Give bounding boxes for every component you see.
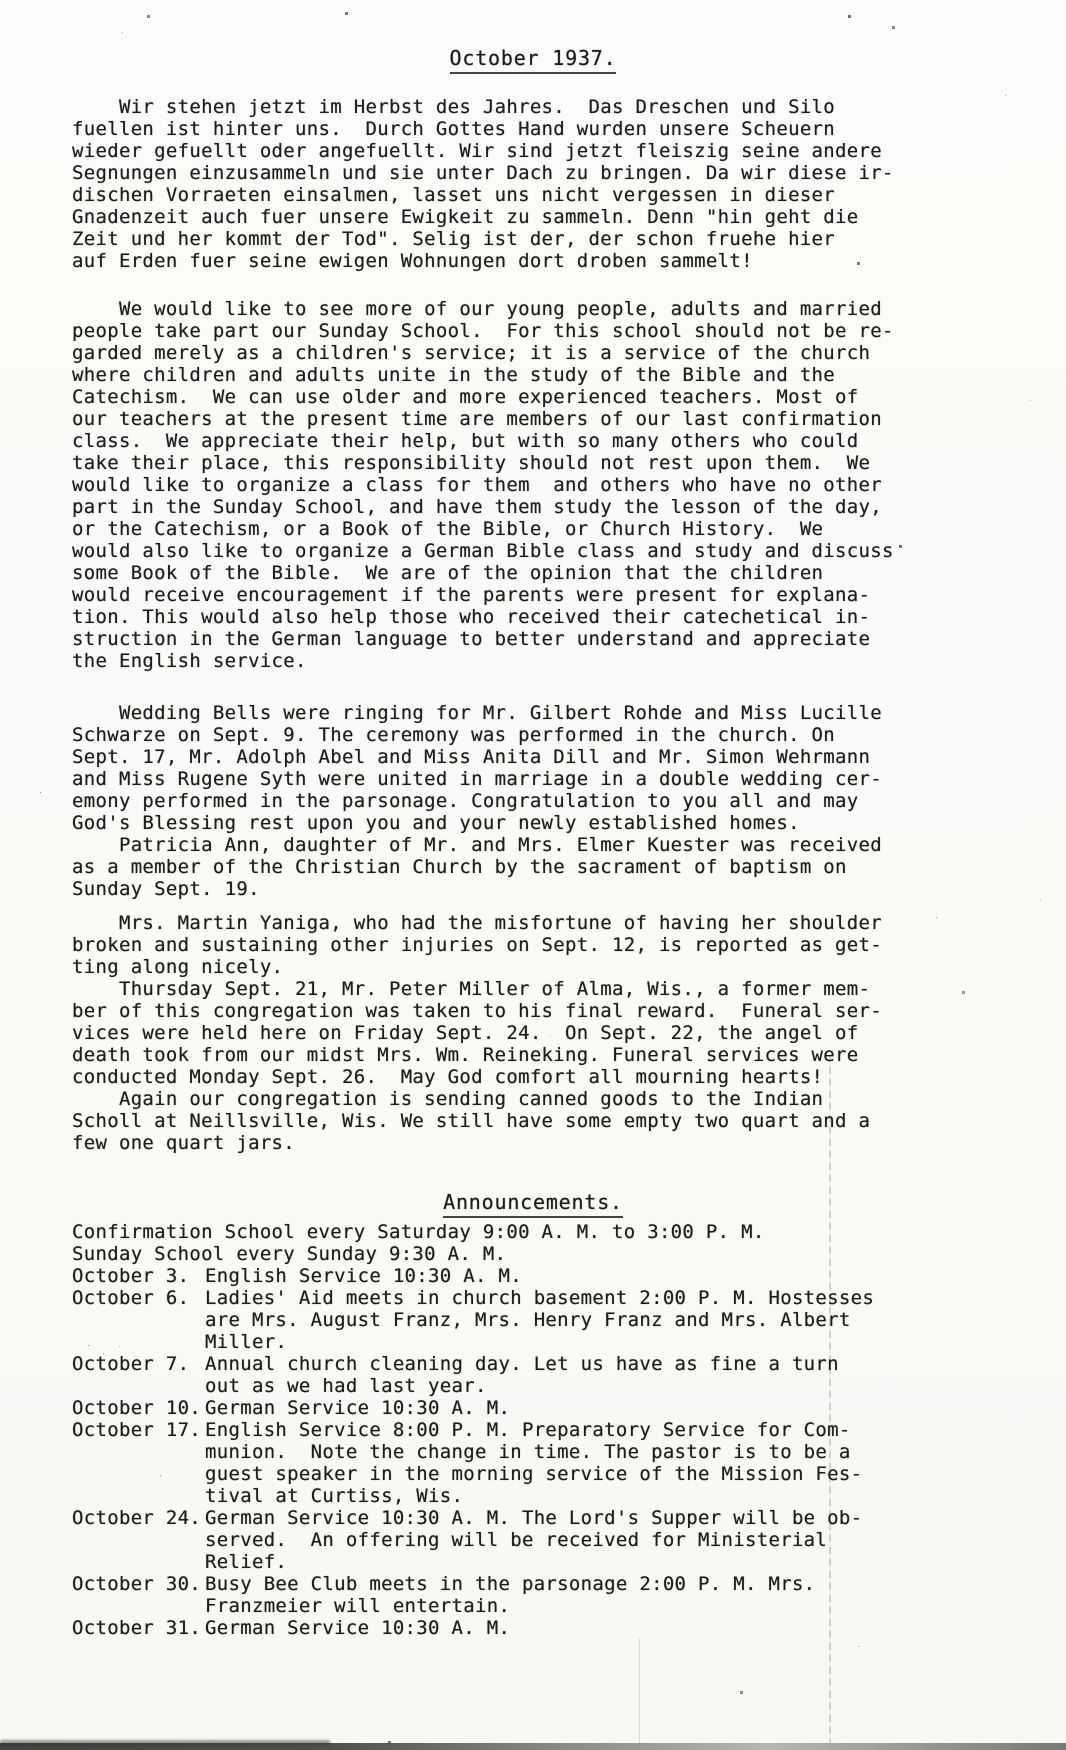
paragraph-yaniga-injury: Mrs. Martin Yaniga, who had the misfortu… [72, 912, 994, 978]
announcement-text: German Service 10:30 A. M. [205, 1397, 510, 1419]
announcement-row: October 3. English Service 10:30 A. M. [72, 1265, 994, 1287]
announcement-date: October 6. [72, 1287, 205, 1309]
announcement-text: Annual church cleaning day. Let us have … [205, 1353, 839, 1397]
scan-artifact-vertical-line [829, 1055, 831, 1750]
announcement-text: Busy Bee Club meets in the parsonage 2:0… [205, 1573, 815, 1617]
announcement-text: German Service 10:30 A. M. [205, 1617, 510, 1639]
announcement-text: English Service 10:30 A. M. [205, 1265, 522, 1287]
announcement-date: October 10. [72, 1397, 205, 1419]
paragraph-german-opening: Wir stehen jetzt im Herbst des Jahres. D… [72, 96, 994, 272]
paper-speckles [0, 0, 1, 1]
announcement-date: October 3. [72, 1265, 205, 1287]
page-title: October 1937. [450, 46, 617, 74]
announcement-preamble-line: Sunday School every Sunday 9:30 A. M. [72, 1243, 994, 1265]
announcement-row: October 6. Ladies' Aid meets in church b… [72, 1287, 994, 1353]
announcement-row: October 7. Annual church cleaning day. L… [72, 1353, 994, 1397]
paragraph-sunday-school: We would like to see more of our young p… [72, 298, 994, 672]
announcement-preamble-line: Confirmation School every Saturday 9:00 … [72, 1221, 994, 1243]
scan-artifact-vertical-line-short [639, 1638, 640, 1750]
announcement-date: October 31. [72, 1617, 205, 1639]
paragraph-miller-funeral: Thursday Sept. 21, Mr. Peter Miller of A… [72, 978, 994, 1088]
announcement-date: October 17. [72, 1419, 205, 1441]
scanned-newsletter-page: October 1937. Wir stehen jetzt im Herbst… [0, 0, 1066, 1750]
announcement-row: October 31. German Service 10:30 A. M. [72, 1617, 994, 1639]
announcement-row: October 10. German Service 10:30 A. M. [72, 1397, 994, 1419]
title-row: October 1937. [72, 46, 994, 74]
announcement-date: October 7. [72, 1353, 205, 1375]
announcement-text: Ladies' Aid meets in church basement 2:0… [205, 1287, 874, 1353]
paragraph-baptism: Patricia Ann, daughter of Mr. and Mrs. E… [72, 834, 994, 900]
announcement-date: October 30. [72, 1573, 205, 1595]
announcements-heading: Announcements. [443, 1190, 623, 1218]
paragraph-canned-goods: Again our congregation is sending canned… [72, 1088, 994, 1154]
announcement-date: October 24. [72, 1507, 205, 1529]
announcement-row: October 17. English Service 8:00 P. M. P… [72, 1419, 994, 1507]
paragraph-wedding-bells: Wedding Bells were ringing for Mr. Gilbe… [72, 702, 994, 834]
page-content: October 1937. Wir stehen jetzt im Herbst… [72, 0, 994, 1639]
announcement-row: October 24. German Service 10:30 A. M. T… [72, 1507, 994, 1573]
announcement-text: English Service 8:00 P. M. Preparatory S… [205, 1419, 862, 1507]
scan-artifact-bottom-edge [0, 1743, 1066, 1750]
announcement-text: German Service 10:30 A. M. The Lord's Su… [205, 1507, 862, 1573]
announcement-row: October 30. Busy Bee Club meets in the p… [72, 1573, 994, 1617]
announcements-heading-row: Announcements. [72, 1190, 994, 1218]
